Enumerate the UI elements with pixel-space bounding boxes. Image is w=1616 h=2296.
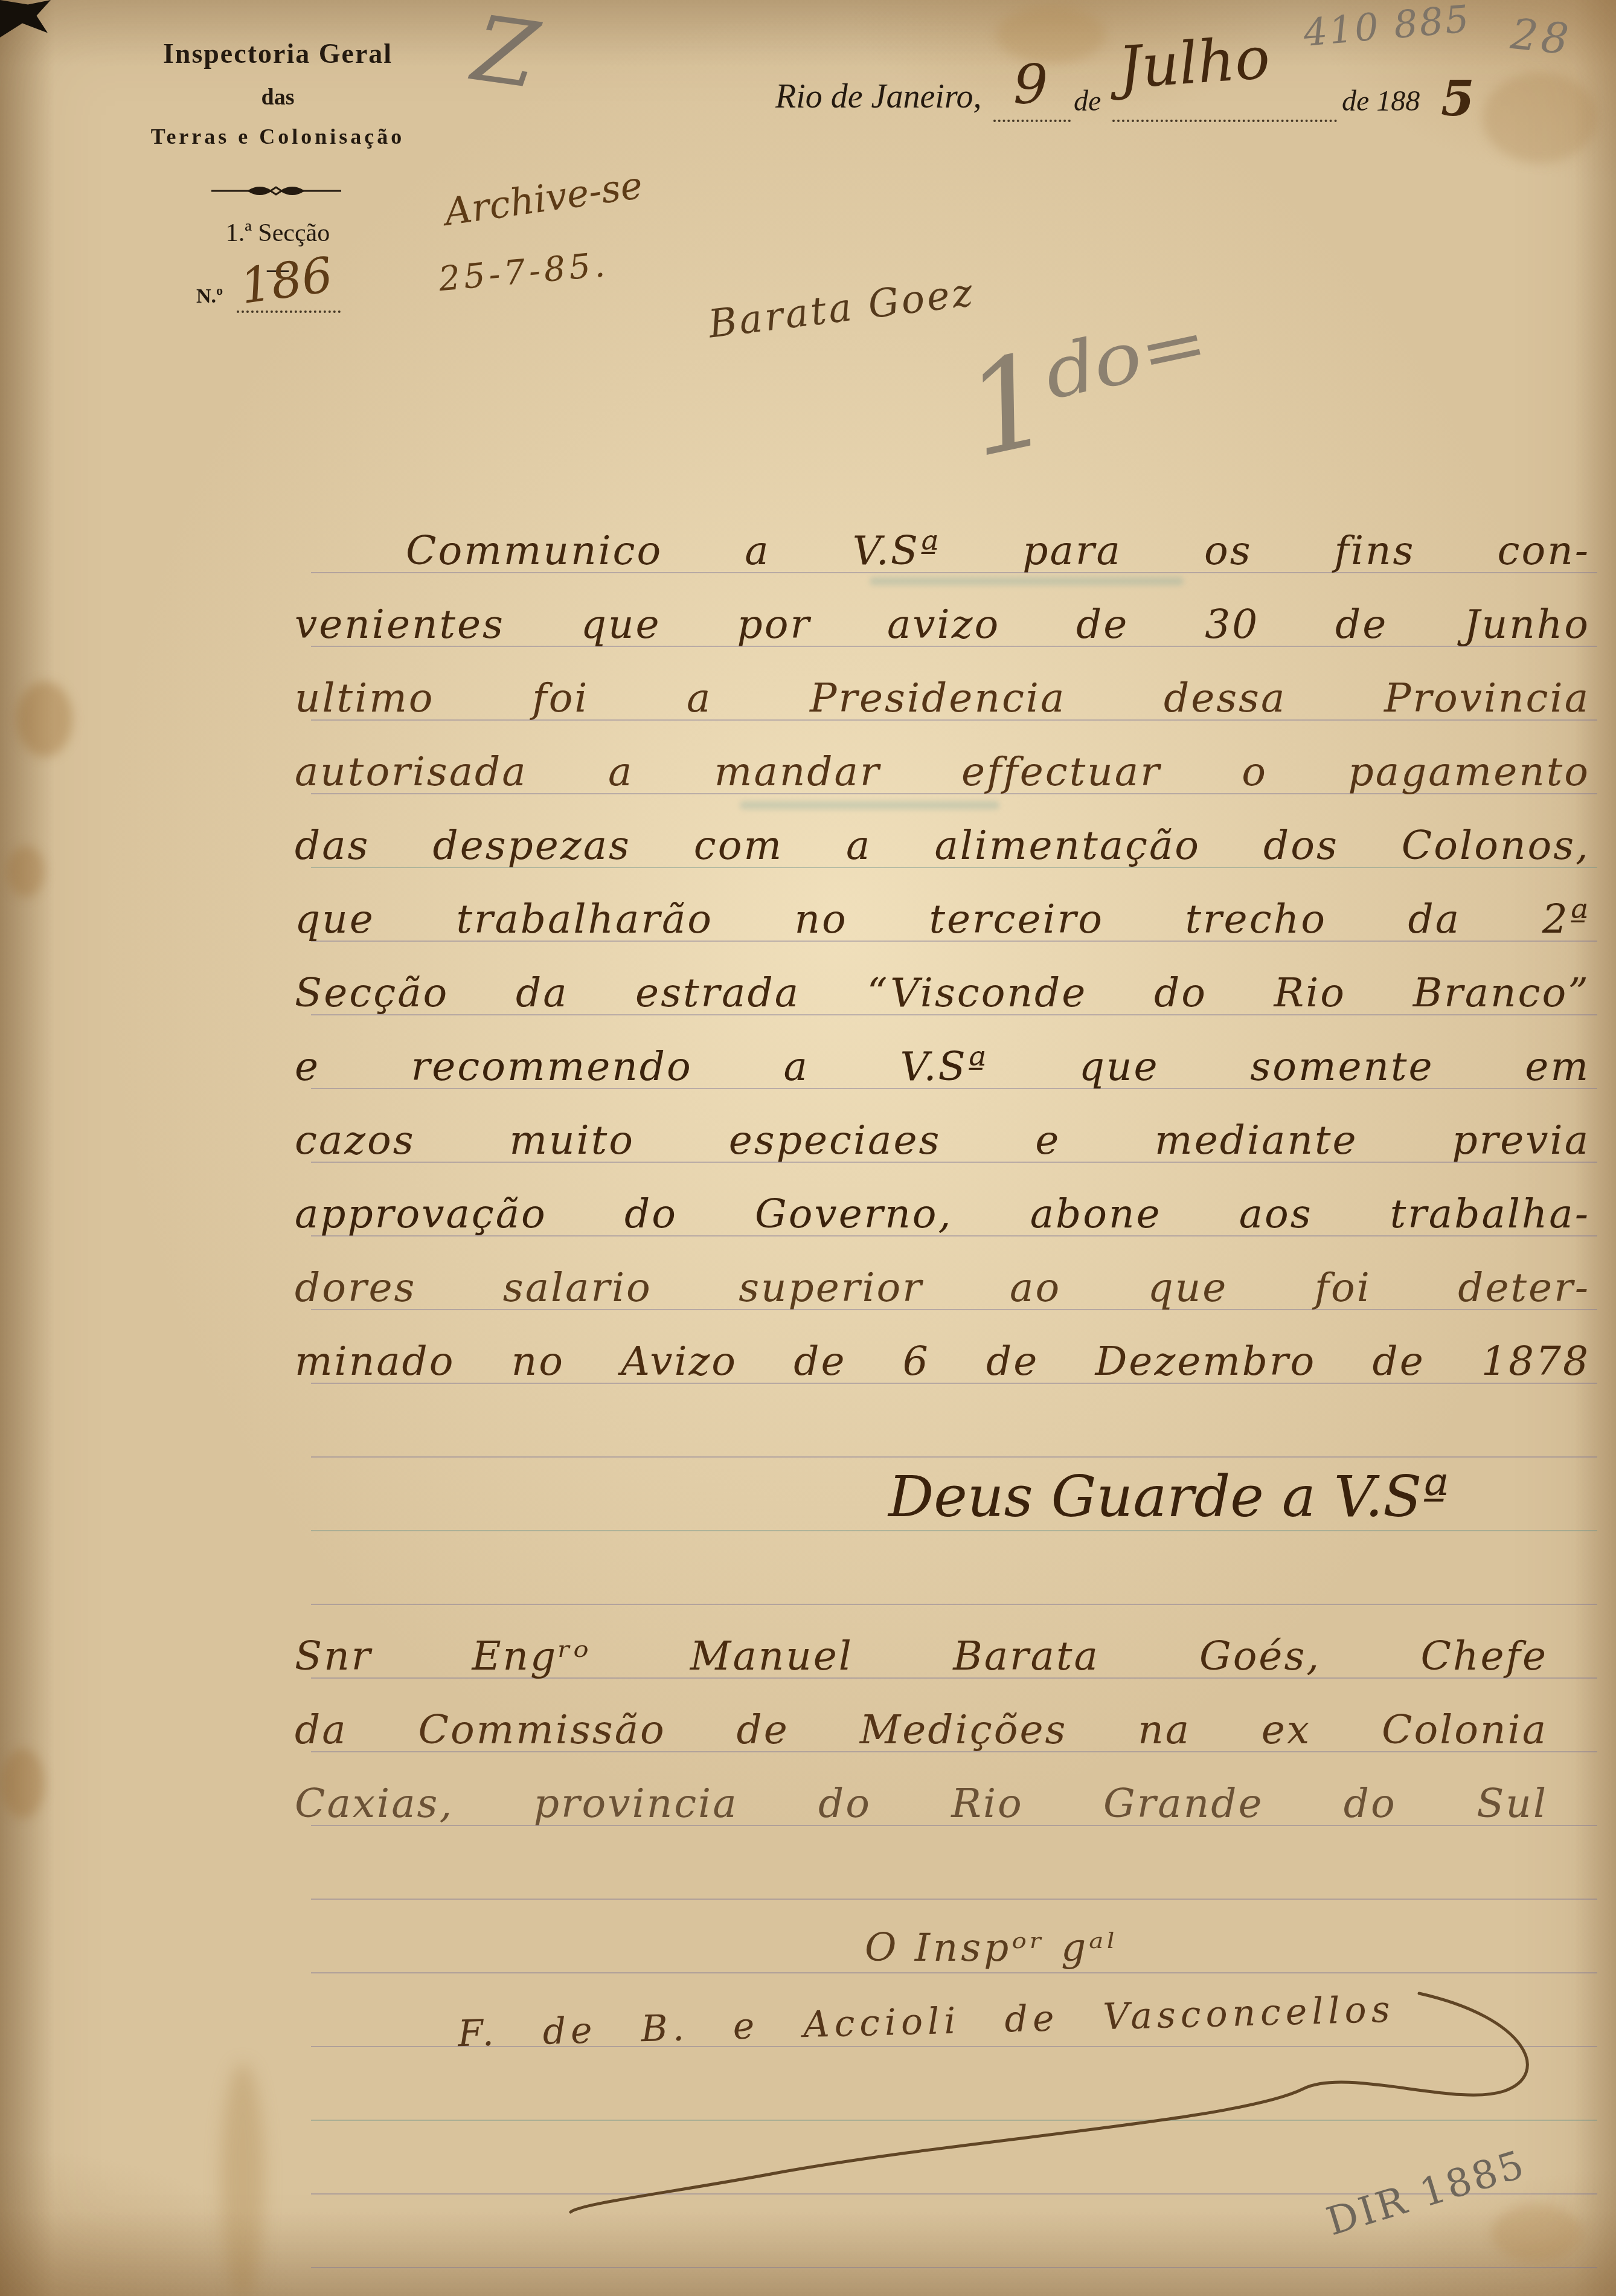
stain xyxy=(17,681,72,757)
stain xyxy=(221,2063,265,2296)
stain xyxy=(870,577,1184,585)
archive-note-line1: Archive-se xyxy=(442,162,646,234)
body-line: das despezas com a alimentação dos Colon… xyxy=(295,822,1590,870)
archive-signature: Barata Goez xyxy=(706,270,977,347)
pencil-large-annotation: 1ᵈᵒ⁼ xyxy=(954,290,1226,486)
letterhead-line2: das xyxy=(145,84,411,111)
body-line: approvação do Governo, abone aos trabalh… xyxy=(295,1190,1590,1238)
body-line: autorisada a mandar effectuar o pagament… xyxy=(295,748,1590,796)
letterhead: Inspectoria Geral das Terras e Colonisaç… xyxy=(145,37,411,149)
pencil-number-annotation: 410 885 xyxy=(1301,0,1472,55)
pencil-letter-annotation: Z xyxy=(467,0,543,109)
archive-note-line2: 25-7-85. xyxy=(437,245,610,299)
body-line: cazos muito especiaes e mediante previa xyxy=(295,1116,1590,1165)
address-line: da Commissão de Medições na ex Colonia xyxy=(295,1706,1548,1754)
stain xyxy=(740,801,999,809)
dateline-de: de xyxy=(1074,85,1101,118)
signature-flourish xyxy=(543,1933,1570,2271)
ornament-divider xyxy=(211,181,341,201)
body-line: Communico a V.Sª para os fins con- xyxy=(406,527,1590,575)
body-line: que trabalharão no terceiro trecho da 2ª xyxy=(295,895,1590,944)
dateline-year-digit: 5 xyxy=(1441,70,1475,127)
stain xyxy=(1,1749,45,1818)
letterhead-line1: Inspectoria Geral xyxy=(145,37,411,69)
day-leader xyxy=(993,120,1071,122)
dateline-day: 9 xyxy=(1013,53,1048,117)
body-line: venientes que por avizo de 30 de Junho xyxy=(295,600,1590,649)
month-leader xyxy=(1112,120,1337,122)
stain xyxy=(7,846,45,897)
body-line: ultimo foi a Presidencia dessa Provincia xyxy=(295,674,1590,722)
body-line: e recommendo a V.Sª que somente em xyxy=(295,1043,1590,1091)
address-line: Snr Engʳᵒ Manuel Barata Goés, Chefe xyxy=(295,1632,1548,1680)
document-page: Inspectoria Geral das Terras e Colonisaç… xyxy=(0,0,1616,2296)
number-label: N.º xyxy=(196,285,223,308)
stain xyxy=(996,6,1105,63)
section-label: 1.ª Secção xyxy=(145,219,411,248)
ruled-line xyxy=(311,1604,1597,1605)
ruled-line xyxy=(311,1530,1597,1531)
number-value: 186 xyxy=(237,246,336,315)
ruled-line xyxy=(311,1456,1597,1458)
body-line: minado no Avizo de 6 de Dezembro de 1878 xyxy=(295,1337,1590,1386)
ink-blot xyxy=(0,0,51,37)
closing-salutation: Deus Guarde a V.Sª xyxy=(809,1464,1528,1530)
address-line: Caxias, provincia do Rio Grande do Sul xyxy=(295,1780,1548,1828)
pencil-page-annotation: 28 xyxy=(1509,9,1574,65)
body-line: Secção da estrada “Visconde do Rio Branc… xyxy=(295,969,1590,1017)
letterhead-line3: Terras e Colonisação xyxy=(145,124,411,149)
dateline-year-prefix: de 188 xyxy=(1342,85,1420,118)
body-line: dores salario superior ao que foi deter- xyxy=(295,1264,1590,1312)
dateline-place: Rio de Janeiro, xyxy=(775,77,982,116)
dateline-month: Julho xyxy=(1116,24,1272,101)
ruled-line xyxy=(311,1899,1597,1900)
stain xyxy=(1483,72,1597,163)
